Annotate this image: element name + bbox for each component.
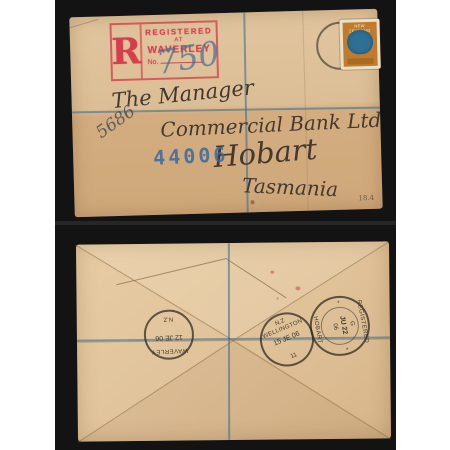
envelope-back: WAVERLEY 12 JE 06 N.Z N.Z WELLINGTON 15 … [76,241,391,441]
address-line-state: Tasmania [242,173,339,201]
stamp-value-band [348,58,374,65]
photo-page: R REGISTERED AT WAVERLEY No. 750 NEW ZEA… [0,0,450,450]
red-speck [277,298,279,300]
cachet-r-letter: R [112,24,143,79]
registration-number-handstamp: 44006 [153,142,229,169]
postmark-country-label: N.Z [145,315,191,323]
postmark-town-label: WAVERLEY [147,347,193,355]
stamp-frame: NEW ZEALAND [343,22,378,67]
corner-crease [70,19,99,29]
paper-spot [250,200,254,204]
red-speck [295,286,300,290]
photo-seam [55,221,396,225]
stamp-vignette [347,30,374,55]
postage-stamp: NEW ZEALAND [339,19,380,70]
crayon-cross-vertical [228,243,230,440]
envelope-front: R REGISTERED AT WAVERLEY No. 750 NEW ZEA… [69,9,382,218]
red-speck [270,271,274,274]
corner-pencil-note: 18.4 [358,194,374,202]
postmark-code: 11 [270,344,318,369]
postmark-date: 12 JE 06 [146,333,192,342]
postmark-waverley: WAVERLEY 12 JE 06 N.Z [143,309,195,361]
